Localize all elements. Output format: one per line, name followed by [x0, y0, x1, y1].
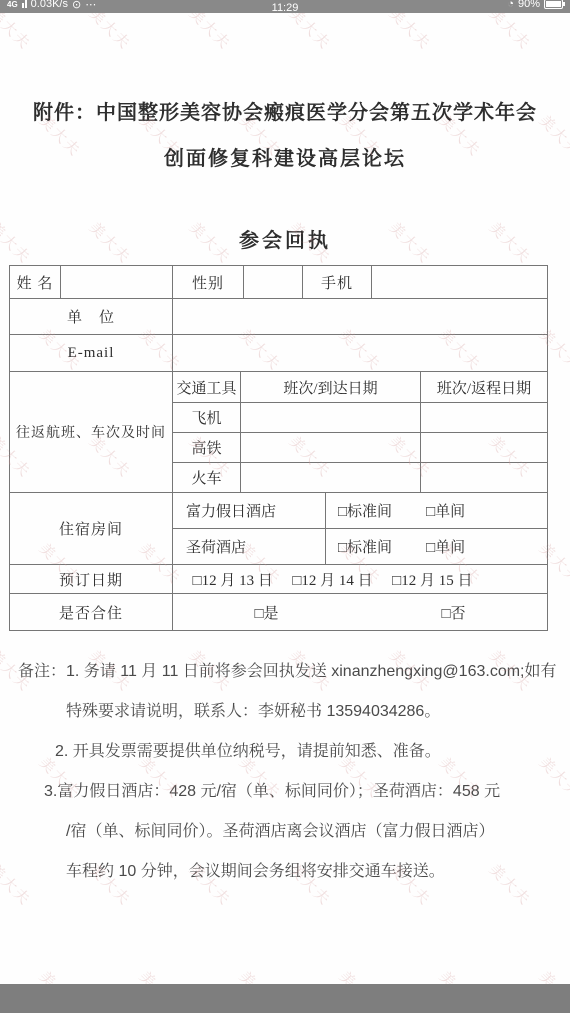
checkbox-date-dec15: □12 月 15 日 — [392, 569, 472, 590]
hotel-name-fuli: 富力假日酒店 — [173, 493, 326, 528]
hotel-row-shenghe: 圣荷酒店 □标准间 □单间 — [173, 529, 547, 564]
table-row-booking: 预订日期 □12 月 13 日 □12 月 14 日 □12 月 15 日 — [10, 564, 547, 593]
transport-row-highspeed: 高铁 — [173, 433, 547, 463]
table-group-transport: 往返航班、车次及时间 交通工具 班次/到达日期 班次/返程日期 飞机 高铁 — [10, 371, 547, 492]
attachment-title-line1: 附件：中国整形美容协会瘢痕医学分会第五次学术年会 — [0, 96, 570, 125]
checkbox-shenghe-single-room: □单间 — [426, 536, 465, 557]
share-options: □是 □否 — [173, 594, 547, 630]
checkbox-share-no: □否 — [360, 602, 547, 623]
hotel-shenghe-options: □标准间 □单间 — [326, 529, 547, 564]
status-time: 11:29 — [0, 2, 570, 13]
share-label: 是否合住 — [10, 594, 173, 630]
org-label: 单 位 — [10, 299, 173, 334]
booking-options: □12 月 13 日 □12 月 14 日 □12 月 15 日 — [173, 565, 547, 593]
table-row-email: E-mail — [10, 334, 547, 371]
mobile-input-cell — [372, 266, 547, 298]
transport-tool-header: 交通工具 — [173, 372, 241, 402]
plane-arrive-cell — [241, 403, 421, 432]
note-line: 2. 开具发票需要提供单位纳税号，请提前知悉、准备。 — [0, 732, 570, 772]
note-line: 备注：1. 务请 11 月 11 日前将参会回执发送 xinanzhengxin… — [0, 652, 570, 692]
table-row-org: 单 位 — [10, 298, 547, 334]
email-label: E-mail — [10, 335, 173, 371]
transport-row-plane: 飞机 — [173, 403, 547, 433]
train-label: 火车 — [173, 463, 241, 492]
email-input-cell — [173, 335, 547, 371]
transport-group-label: 往返航班、车次及时间 — [10, 372, 173, 492]
phone-screen: 4G 0.03K/s ⊙ ⋯ ◔ 90% 11:29 附件：中国整形美容协会瘢痕… — [0, 0, 570, 1013]
status-right: ◔ 90% — [507, 0, 563, 10]
booking-label: 预订日期 — [10, 565, 173, 593]
mobile-label: 手机 — [303, 266, 372, 298]
gender-input-cell — [244, 266, 303, 298]
highspeed-arrive-cell — [241, 433, 421, 462]
org-input-cell — [173, 299, 547, 334]
hotel-fuli-options: □标准间 □单间 — [326, 493, 547, 528]
battery-icon — [544, 0, 563, 9]
checkbox-date-dec14: □12 月 14 日 — [292, 569, 372, 590]
table-row-share: 是否合住 □是 □否 — [10, 593, 547, 630]
plane-return-cell — [421, 403, 547, 432]
bottom-nav-bar — [0, 984, 570, 1013]
checkbox-fuli-single-room: □单间 — [426, 500, 465, 521]
battery-percent: 90% — [518, 0, 540, 10]
highspeed-label: 高铁 — [173, 433, 241, 462]
transport-row-train: 火车 — [173, 463, 547, 492]
document-page[interactable]: 附件：中国整形美容协会瘢痕医学分会第五次学术年会 创面修复科建设高层论坛 参会回… — [0, 0, 570, 1013]
note-line: /宿（单、标间同价）。圣荷酒店离会议酒店（富力假日酒店） — [0, 812, 570, 852]
train-arrive-cell — [241, 463, 421, 492]
checkbox-date-dec13: □12 月 13 日 — [193, 569, 273, 590]
note-line: 特殊要求请说明，联系人：李妍秘书 13594034286。 — [0, 692, 570, 732]
arrive-date-header: 班次/到达日期 — [241, 372, 421, 402]
train-return-cell — [421, 463, 547, 492]
reply-form-table: 姓 名 性别 手机 单 位 E-mail 往返航班、车次及时间 — [9, 265, 548, 631]
return-date-header: 班次/返程日期 — [421, 372, 547, 402]
hotel-name-shenghe: 圣荷酒店 — [173, 529, 326, 564]
form-title: 参会回执 — [0, 224, 570, 253]
checkbox-share-yes: □是 — [173, 602, 360, 623]
plane-label: 飞机 — [173, 403, 241, 432]
checkbox-shenghe-standard-room: □标准间 — [338, 536, 392, 557]
highspeed-return-cell — [421, 433, 547, 462]
power-mode-icon: ◔ — [507, 0, 514, 10]
status-bar: 4G 0.03K/s ⊙ ⋯ ◔ 90% 11:29 — [0, 0, 570, 13]
attachment-title-line2: 创面修复科建设高层论坛 — [0, 142, 570, 171]
note-line: 3.富力假日酒店：428 元/宿（单、标间同价）；圣荷酒店：458 元 — [0, 772, 570, 812]
note-line: 车程约 10 分钟，会议期间会务组将安排交通车接送。 — [0, 852, 570, 892]
notes-section: 备注：1. 务请 11 月 11 日前将参会回执发送 xinanzhengxin… — [0, 652, 570, 892]
name-input-cell — [61, 266, 173, 298]
checkbox-fuli-standard-room: □标准间 — [338, 500, 392, 521]
table-group-hotel: 住宿房间 富力假日酒店 □标准间 □单间 圣荷酒店 □标准间 □单间 — [10, 492, 547, 564]
hotel-row-fuli: 富力假日酒店 □标准间 □单间 — [173, 493, 547, 529]
hotel-group-label: 住宿房间 — [10, 493, 173, 564]
gender-label: 性别 — [173, 266, 244, 298]
name-label: 姓 名 — [10, 266, 61, 298]
transport-header-row: 交通工具 班次/到达日期 班次/返程日期 — [173, 372, 547, 403]
table-row-name: 姓 名 性别 手机 — [10, 266, 547, 298]
